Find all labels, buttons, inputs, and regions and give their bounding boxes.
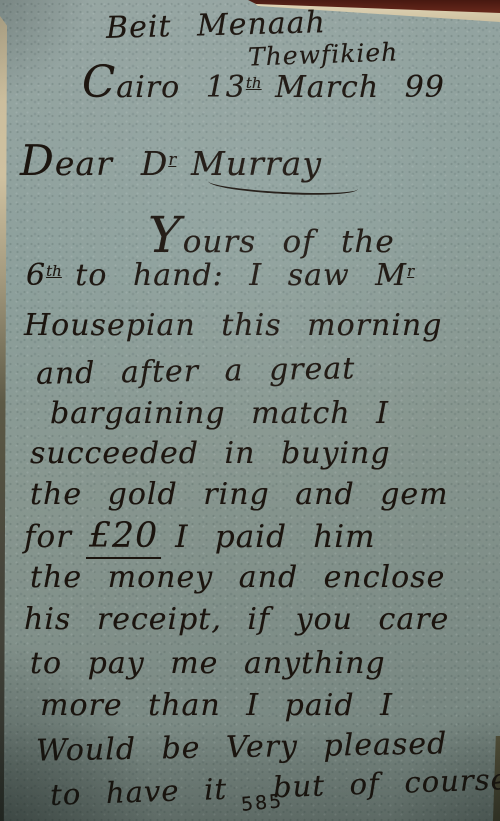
body-line-13: Would be Very pleased bbox=[36, 726, 448, 768]
salutation-underline-flourish bbox=[208, 172, 359, 198]
body-line-8-pre: for bbox=[24, 519, 72, 555]
letter-photograph: Beit Menaah Thewfikieh Cairo 13thMarch 9… bbox=[0, 0, 500, 821]
body-line-6: succeeded in buying bbox=[30, 436, 391, 471]
body-line-5: bargaining match I bbox=[50, 396, 389, 431]
address-line-1: Beit Menaah bbox=[106, 5, 327, 46]
body-line-14-pre: to have it bbox=[50, 772, 228, 812]
handwriting-layer: Beit Menaah Thewfikieh Cairo 13thMarch 9… bbox=[0, 0, 500, 821]
body-line-7: the gold ring and gem bbox=[30, 477, 449, 512]
salutation-superscript: r bbox=[168, 150, 176, 169]
date-month-year: March 99 bbox=[275, 70, 445, 105]
body-line-1: Yours of the bbox=[148, 206, 395, 264]
body-line-2-day: 6 bbox=[26, 258, 46, 293]
body-line-2: 6thto hand: I saw Mr bbox=[26, 258, 414, 293]
salutation-dear: Dear D bbox=[20, 144, 168, 183]
body-line-11: to pay me anything bbox=[30, 646, 386, 681]
body-line-14-post: but of course bbox=[272, 762, 500, 804]
body-line-8: for£20I paid him bbox=[24, 516, 376, 556]
ring-price: £20 bbox=[86, 516, 161, 559]
body-line-2-text: to hand: I saw M bbox=[75, 258, 407, 293]
body-line-2-superscript: r bbox=[407, 262, 414, 280]
body-line-12: more than I paid I bbox=[40, 688, 393, 723]
body-line-4: and after a great bbox=[36, 351, 356, 392]
catalog-number: 585 bbox=[240, 790, 284, 816]
body-line-10: his receipt, if you care bbox=[24, 602, 449, 637]
body-line-9: the money and enclose bbox=[30, 560, 445, 595]
body-line-3: Housepian this morning bbox=[24, 308, 442, 343]
date-ordinal: th bbox=[246, 74, 262, 92]
body-line-8-post: I paid him bbox=[175, 519, 375, 555]
body-line-2-ordinal: th bbox=[46, 262, 62, 280]
date-place-day: Cairo 13 bbox=[82, 70, 246, 105]
date-line: Cairo 13thMarch 99 bbox=[82, 58, 445, 108]
